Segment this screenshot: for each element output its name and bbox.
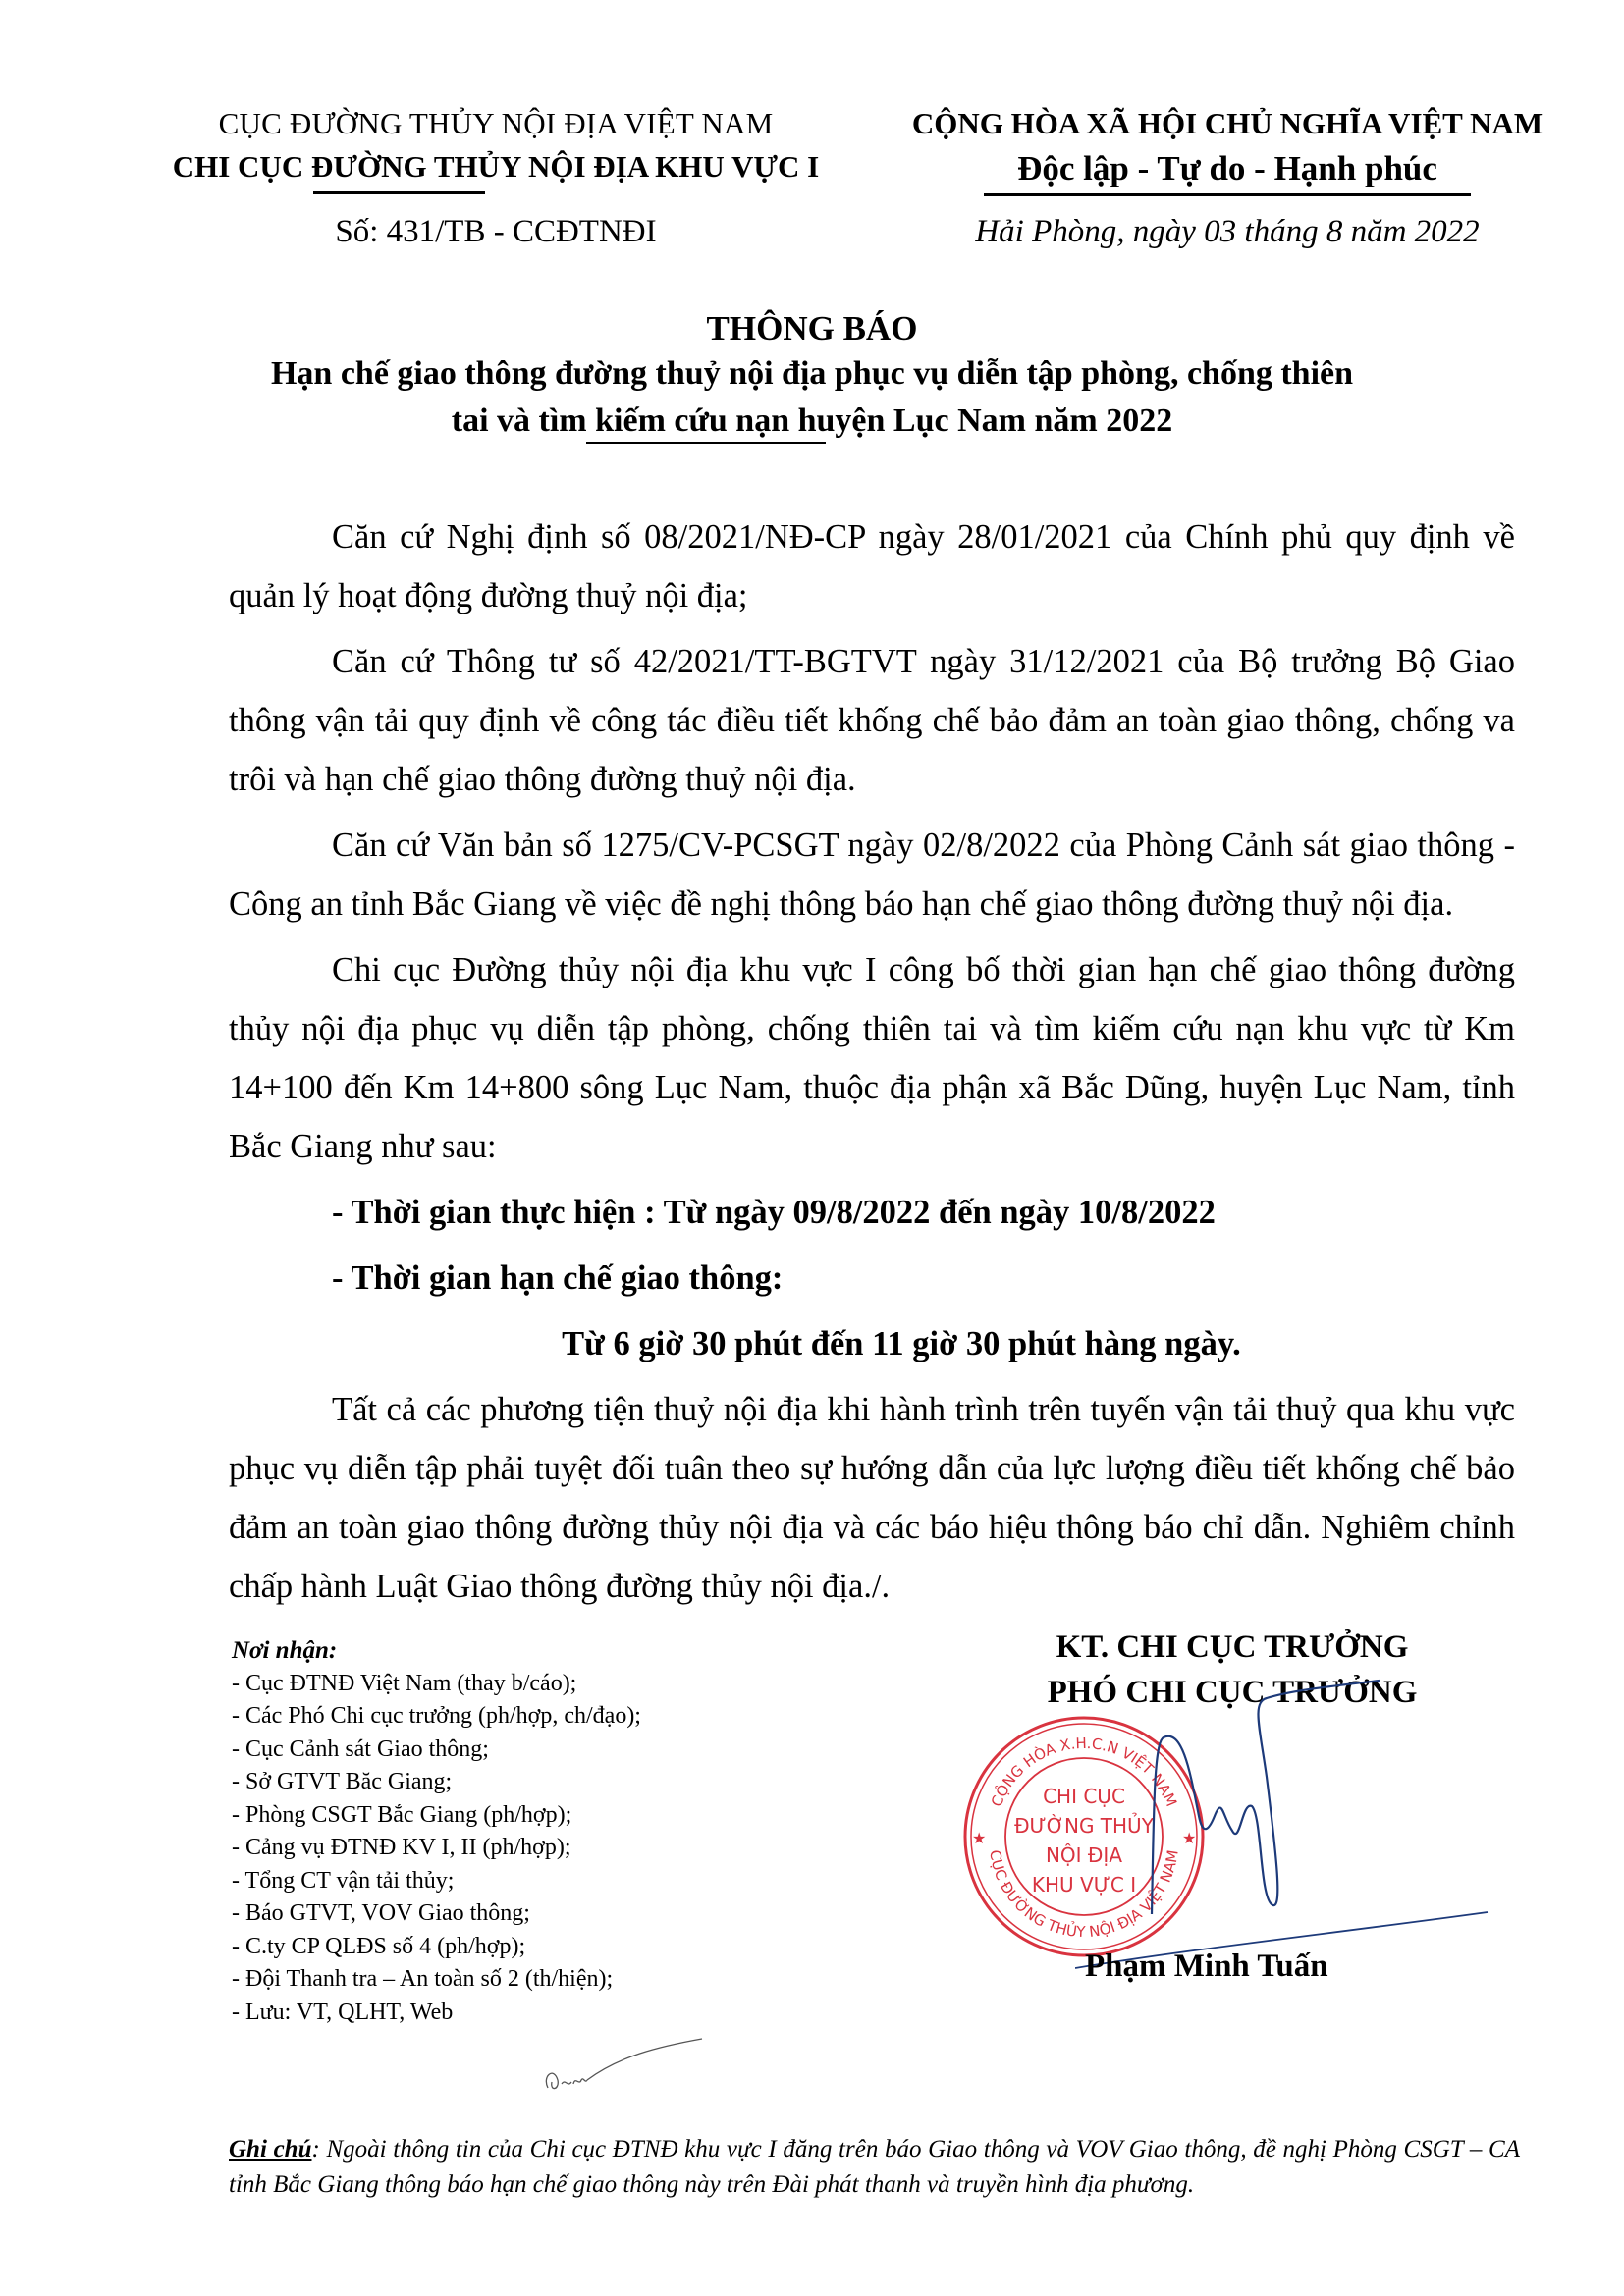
recipients-heading: Nơi nhận: (232, 1634, 641, 1668)
restriction-hours: Từ 6 giờ 30 phút đến 11 giờ 30 phút hàng… (229, 1314, 1515, 1373)
recipient-item: - Báo GTVT, VOV Giao thông; (232, 1897, 641, 1931)
recipient-item: - Các Phó Chi cục trưởng (ph/hợp, ch/đạo… (232, 1700, 641, 1734)
handwritten-signature-icon (1075, 1669, 1507, 1993)
document-subject-line-1: Hạn chế giao thông đường thuỷ nội địa ph… (0, 355, 1624, 393)
recipient-item: - Sở GTVT Băc Giang; (232, 1766, 641, 1799)
recipient-item: - Cảng vụ ĐTNĐ KV I, II (ph/hợp); (232, 1832, 641, 1865)
national-title: CỘNG HÒA XÃ HỘI CHỦ NGHĨA VIỆT NAM (864, 106, 1591, 141)
issuing-agency: CỤC ĐƯỜNG THỦY NỘI ĐỊA VIỆT NAM (137, 106, 854, 141)
issuing-sub-agency: CHI CỤC ĐƯỜNG THỦY NỘI ĐỊA KHU VỰC I (137, 149, 854, 185)
recipient-item: - Đội Thanh tra – An toàn số 2 (th/hiện)… (232, 1963, 641, 1997)
title-underline (586, 442, 826, 444)
recipient-item: - Lưu: VT, QLHT, Web (232, 1997, 641, 2030)
legal-basis-paragraph: Căn cứ Thông tư số 42/2021/TT-BGTVT ngày… (229, 632, 1515, 809)
closing-paragraph: Tất cả các phương tiện thuỷ nội địa khi … (229, 1380, 1515, 1616)
initials-scribble-icon (540, 2037, 707, 2096)
sub-agency-underline (313, 191, 485, 194)
restriction-label: - Thời gian hạn chế giao thông: (229, 1249, 1515, 1308)
svg-text:★: ★ (972, 1829, 986, 1847)
document-body: Căn cứ Nghị định số 08/2021/NĐ-CP ngày 2… (229, 507, 1515, 1623)
place-and-date: Hải Phòng, ngày 03 tháng 8 năm 2022 (864, 214, 1591, 250)
document-subject-line-2: tai và tìm kiếm cứu nạn huyện Lục Nam nă… (0, 402, 1624, 440)
recipient-item: - Cục Cảnh sát Giao thông; (232, 1734, 641, 1767)
legal-basis-paragraph: Căn cứ Văn bản số 1275/CV-PCSGT ngày 02/… (229, 816, 1515, 934)
legal-basis-paragraph: Căn cứ Nghị định số 08/2021/NĐ-CP ngày 2… (229, 507, 1515, 625)
national-motto: Độc lập - Tự do - Hạnh phúc (864, 149, 1591, 188)
signer-name: Phạm Minh Tuấn (1085, 1949, 1328, 1985)
recipient-item: - Phòng CSGT Bắc Giang (ph/hợp); (232, 1799, 641, 1833)
footnote-text: : Ngoài thông tin của Chi cục ĐTNĐ khu v… (229, 2136, 1520, 2198)
motto-underline (984, 193, 1471, 196)
recipient-item: - Cục ĐTNĐ Việt Nam (thay b/cáo); (232, 1668, 641, 1701)
recipients-list: Nơi nhận: - Cục ĐTNĐ Việt Nam (thay b/cá… (232, 1634, 641, 2029)
footnote: Ghi chú: Ngoài thông tin của Chi cục ĐTN… (229, 2132, 1520, 2203)
signature-authority-line: KT. CHI CỤC TRƯỞNG (967, 1629, 1497, 1666)
document-number: Số: 431/TB - CCĐTNĐI (137, 214, 854, 250)
announcement-paragraph: Chi cục Đường thủy nội địa khu vực I côn… (229, 940, 1515, 1176)
document-type-title: THÔNG BÁO (0, 309, 1624, 348)
recipient-item: - Tổng CT vận tải thủy; (232, 1865, 641, 1898)
recipient-item: - C.ty CP QLĐS số 4 (ph/hợp); (232, 1931, 641, 1964)
footnote-label: Ghi chú (229, 2136, 311, 2163)
execution-period: - Thời gian thực hiện : Từ ngày 09/8/202… (229, 1183, 1515, 1242)
